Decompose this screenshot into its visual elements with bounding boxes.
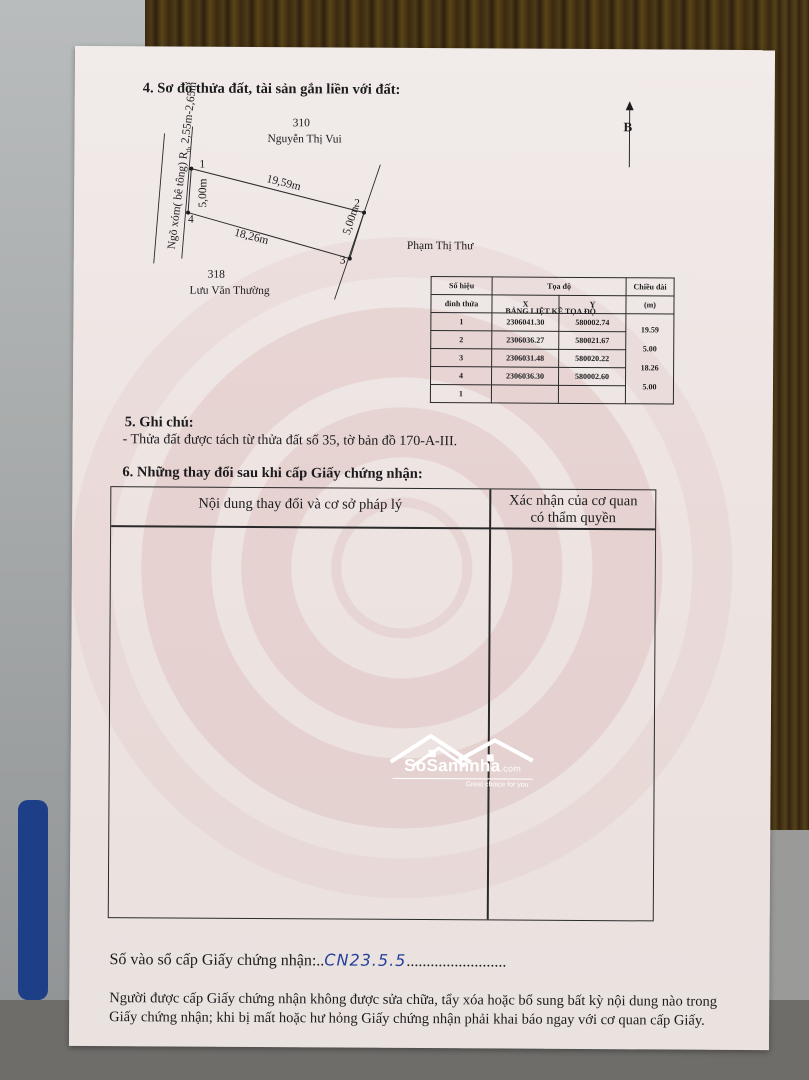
length-column: 19.59 5.00 18.26 5.00 [625, 314, 674, 404]
table-row: 1 2306041.30 580002.74 19.59 5.00 18.26 … [431, 313, 674, 332]
header-x: X [492, 295, 559, 313]
section6-title: 6. Những thay đổi sau khi cấp Giấy chứng… [122, 464, 422, 483]
vertex-4-label: 4 [188, 214, 194, 226]
north-label: B [624, 119, 633, 135]
changes-header-content: Nội dung thay đổi và cơ sở pháp lý [111, 495, 489, 514]
registry-number-line: Số vào sổ cấp Giấy chứng nhận:..CN23.5.5… [109, 949, 506, 971]
north-arrow: B [619, 101, 639, 171]
section5-note: - Thửa đất được tách từ thửa đất số 35, … [123, 432, 458, 450]
vertex-3-label: 3 [340, 254, 346, 266]
land-certificate-page: 4. Sơ đồ thửa đất, tài sản gắn liền với … [69, 46, 775, 1050]
registry-label: Số vào sổ cấp Giấy chứng nhận:.. [109, 951, 324, 969]
neighbor-right-name: Phạm Thị Thư [407, 240, 474, 252]
house-icon [383, 730, 543, 771]
registry-handwritten-value: CN23.5.5 [324, 950, 406, 970]
header-vertex: Số hiệu [431, 277, 492, 295]
section4-title: 4. Sơ đồ thửa đất, tài sản gắn liền với … [143, 80, 401, 99]
edge-4-1-length: 5,00m [197, 179, 209, 208]
changes-table: Nội dung thay đổi và cơ sở pháp lý Xác n… [108, 486, 657, 921]
neighbor-top-number: 310 [293, 117, 310, 129]
neighbor-bottom-name: Lưu Văn Thường [190, 285, 270, 297]
header-vertex-2: đỉnh thửa [431, 295, 492, 313]
header-length-unit: (m) [626, 296, 674, 314]
warning-text: Người được cấp Giấy chứng nhận không đượ… [109, 989, 739, 1031]
watermark-logo: SoSanhnha.com Great choice for you [382, 730, 542, 811]
registry-dots: ......................... [406, 953, 506, 971]
plot-diagram: 310 Nguyễn Thị Vui Phạm Thị Thư 318 Lưu … [152, 98, 553, 300]
coord-table: Số hiệu Tọa độ Chiều dài đỉnh thửa X Y (… [430, 276, 675, 404]
neighbor-top-name: Nguyễn Thị Vui [267, 133, 341, 145]
vertex-1-label: 1 [199, 159, 205, 171]
neighbor-bottom-number: 318 [208, 269, 225, 281]
section5-title: 5. Ghi chú: [125, 414, 194, 431]
background-wood-edge [770, 0, 809, 830]
background-blue-object [18, 800, 48, 1000]
header-coords: Tọa độ [492, 277, 626, 296]
changes-header-confirmation: Xác nhận của cơ quan có thẩm quyền [491, 492, 655, 527]
header-y: Y [559, 295, 626, 313]
header-length: Chiều dài [626, 278, 674, 296]
watermark-tagline: Great choice for you [383, 781, 543, 789]
